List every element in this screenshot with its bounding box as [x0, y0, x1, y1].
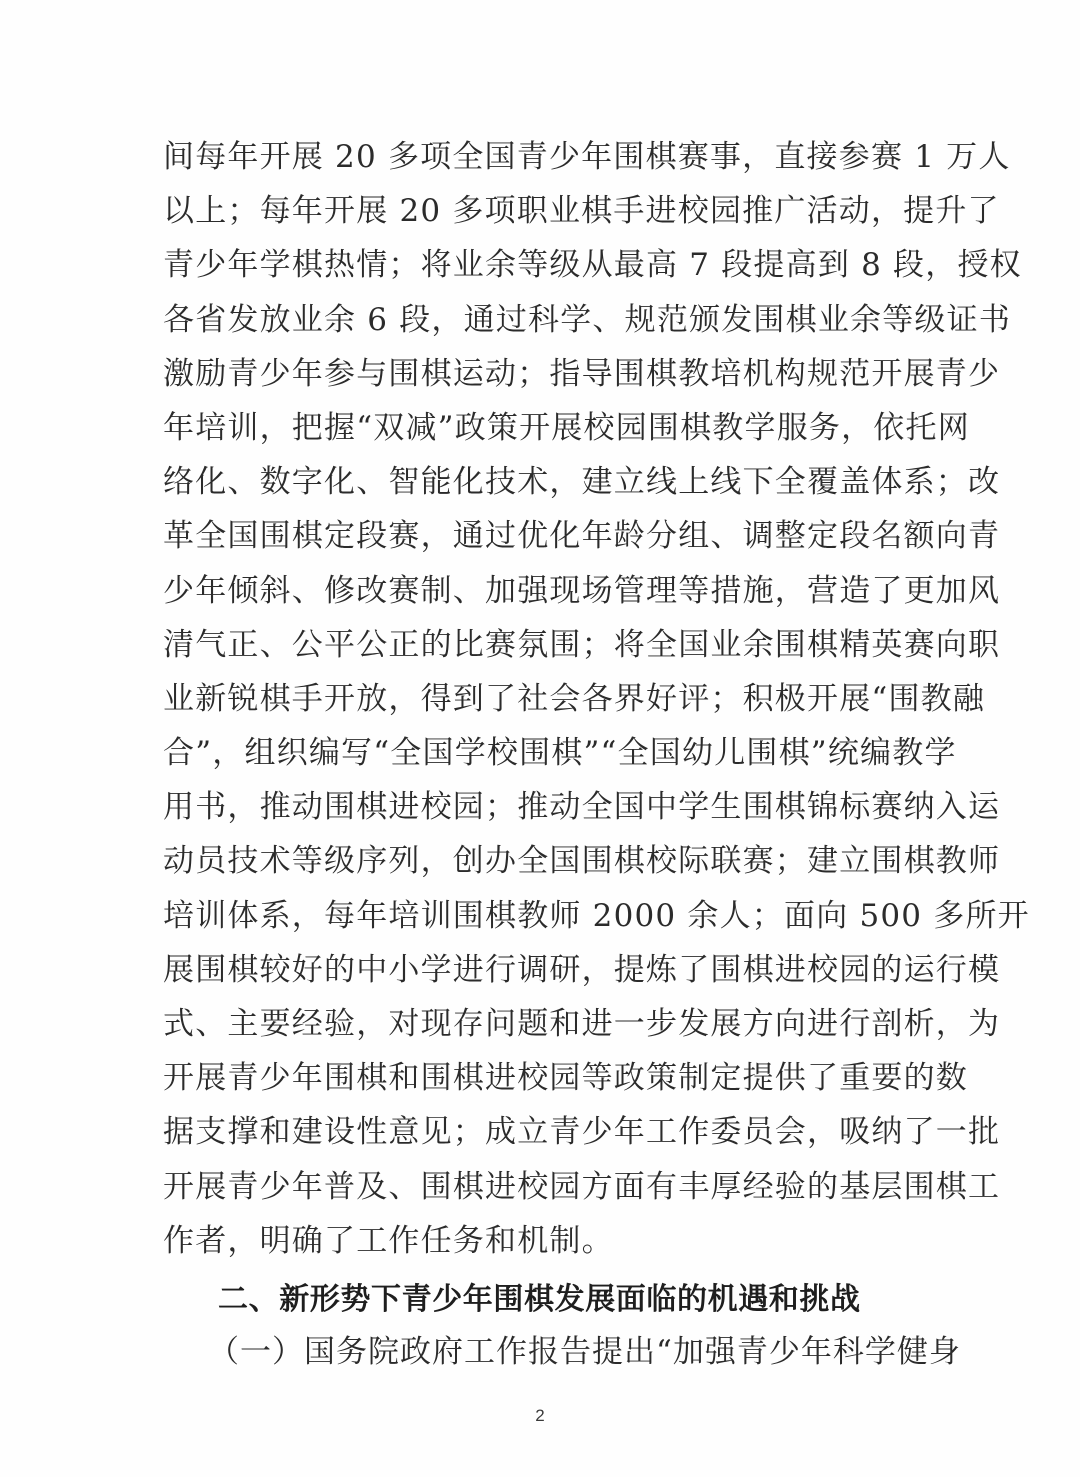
text-line: 业新锐棋手开放，得到了社会各界好评；积极开展“围教融	[163, 672, 919, 726]
text-line: 少年倾斜、修改赛制、加强现场管理等措施，营造了更加风	[163, 564, 919, 618]
subsection-line: （一）国务院政府工作报告提出“加强青少年科学健身	[208, 1330, 920, 1374]
text-line: 络化、数字化、智能化技术，建立线上线下全覆盖体系；改	[163, 455, 919, 509]
text-line: 培训体系，每年培训围棋教师 2000 余人；面向 500 多所开	[163, 889, 919, 943]
text-line: 作者，明确了工作任务和机制。	[163, 1214, 919, 1268]
text-line: 开展青少年围棋和围棋进校园等政策制定提供了重要的数	[163, 1051, 919, 1105]
text-line: 式、主要经验，对现存问题和进一步发展方向进行剖析，为	[163, 997, 919, 1051]
text-line: 展围棋较好的中小学进行调研，提炼了围棋进校园的运行模	[163, 943, 919, 997]
text-line: 动员技术等级序列，创办全国围棋校际联赛；建立围棋教师	[163, 834, 919, 888]
text-line: 间每年开展 20 多项全国青少年围棋赛事，直接参赛 1 万人	[163, 130, 919, 184]
text-line: 各省发放业余 6 段，通过科学、规范颁发围棋业余等级证书	[163, 293, 919, 347]
text-line: 年培训，把握“双减”政策开展校园围棋教学服务，依托网	[163, 401, 919, 455]
body-paragraph: 间每年开展 20 多项全国青少年围棋赛事，直接参赛 1 万人 以上；每年开展 2…	[163, 130, 919, 1268]
text-line: 激励青少年参与围棋运动；指导围棋教培机构规范开展青少	[163, 347, 919, 401]
text-line: 青少年学棋热情；将业余等级从最高 7 段提高到 8 段，授权	[163, 238, 919, 292]
text-line: 合”，组织编写“全国学校围棋”“全国幼儿围棋”统编教学	[163, 726, 919, 780]
page-number: 2	[0, 1406, 1080, 1426]
text-line: 革全国围棋定段赛，通过优化年龄分组、调整定段名额向青	[163, 509, 919, 563]
text-line: 用书，推动围棋进校园；推动全国中学生围棋锦标赛纳入运	[163, 780, 919, 834]
text-line: 据支撑和建设性意见；成立青少年工作委员会，吸纳了一批	[163, 1105, 919, 1159]
document-page: 间每年开展 20 多项全国青少年围棋赛事，直接参赛 1 万人 以上；每年开展 2…	[0, 0, 1080, 1477]
text-line: 清气正、公平公正的比赛氛围；将全国业余围棋精英赛向职	[163, 618, 919, 672]
section-heading: 二、新形势下青少年围棋发展面临的机遇和挑战	[218, 1278, 861, 1322]
text-line: 开展青少年普及、围棋进校园方面有丰厚经验的基层围棋工	[163, 1160, 919, 1214]
text-line: 以上；每年开展 20 多项职业棋手进校园推广活动，提升了	[163, 184, 919, 238]
